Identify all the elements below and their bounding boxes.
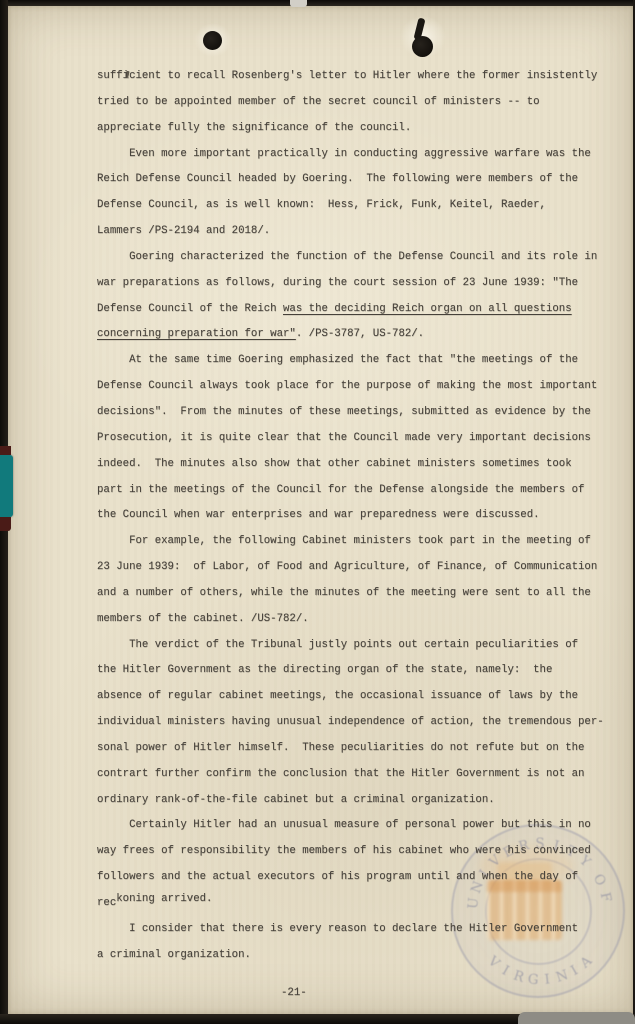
document-line: 23 June 1939: of Labor, of Food and Agri… [97,555,627,581]
text-segment: Defense Council, as is well known: Hess,… [97,199,546,211]
text-segment: part in the meetings of the Council for … [97,484,584,496]
watermark-letter: R [511,967,525,985]
text-segment: appreciate fully the significance of the… [97,122,411,134]
document-line: Defense Council, as is well known: Hess,… [97,193,627,219]
text-segment: war preparations as follows, during the … [97,277,578,289]
text-segment: For example, the following Cabinet minis… [97,535,591,547]
text-segment: I consider that there is every reason to… [97,923,578,935]
document-line: absence of regular cabinet meetings, the… [97,684,627,710]
text-segment: Defense Council always took place for th… [97,380,597,392]
document-line: tried to be appointed member of the secr… [97,90,627,116]
text-segment: Goering characterized the function of th… [97,251,597,263]
document-line: decisions". From the minutes of these me… [97,400,627,426]
document-line: ordinary rank-of-the-file cabinet but a … [97,788,627,814]
document-line: Certainly Hitler had an unusual measure … [97,813,627,839]
document-line: sonal power of Hitler himself. These pec… [97,736,627,762]
scan-edge-top [0,0,635,6]
document-line: part in the meetings of the Council for … [97,478,627,504]
scan-edge-notch [290,0,307,7]
document-line: I consider that there is every reason to… [97,917,627,943]
document-line: way frees of responsibility the members … [97,839,627,865]
text-segment: tried to be appointed member of the secr… [97,96,540,108]
document-line: Lammers /PS-2194 and 2018/. [97,219,627,245]
document-line: Reich Defense Council headed by Goering.… [97,167,627,193]
watermark-letter: N [554,967,568,985]
document-line: Goering characterized the function of th… [97,245,627,271]
text-segment: way frees of responsibility the members … [97,845,591,857]
text-segment: 23 June 1939: of Labor, of Food and Agri… [97,561,597,573]
teal-edge-mark [0,455,13,517]
document-line: The verdict of the Tribunal justly point… [97,633,627,659]
text-segment: koning arrived. [116,893,212,905]
text-segment: sufficient to recall Rosenberg's letter … [97,70,597,82]
document-line: individual ministers having unusual inde… [97,710,627,736]
text-segment: Reich Defense Council headed by Goering.… [97,173,578,185]
maroon-edge-mark-upper [0,446,11,455]
text-segment: followers and the actual executors of hi… [97,871,578,883]
document-line: followers and the actual executors of hi… [97,865,627,891]
text-segment: decisions". From the minutes of these me… [97,406,591,418]
document-line: At the same time Goering emphasized the … [97,348,627,374]
text-segment: individual ministers having unusual inde… [97,716,604,728]
maroon-edge-mark-lower [0,517,11,531]
document-line: reckoning arrived. [97,891,627,917]
document-line: war preparations as follows, during the … [97,271,627,297]
document-line: the Hitler Government as the directing o… [97,658,627,684]
scanned-document-page: UNIVERSITYOFVIRGINIA sufficient to recal… [0,0,635,1024]
watermark-letter: G [527,971,539,988]
underlined-text: was the deciding Reich organ on all ques… [283,303,572,315]
punch-hole-right [412,36,433,57]
document-line: indeed. The minutes also show that other… [97,452,627,478]
text-segment: a criminal organization. [97,949,251,961]
text-segment: and a number of others, while the minute… [97,587,591,599]
text-segment: Prosecution, it is quite clear that the … [97,432,591,444]
text-segment: Even more important practically in condu… [97,148,591,160]
document-line: Even more important practically in condu… [97,142,627,168]
text-segment: members of the cabinet. /US-782/. [97,613,309,625]
document-line: contrart further confirm the conclusion … [97,762,627,788]
typewritten-text-block: sufficient to recall Rosenberg's letter … [97,64,627,969]
watermark-letter: I [541,971,553,988]
text-segment: the Council when war enterprises and war… [97,509,540,521]
document-line: a criminal organization. [97,943,627,969]
text-segment: . /PS-3787, US-782/. [296,328,424,340]
document-line: concerning preparation for war". /PS-378… [97,322,627,348]
text-segment: The verdict of the Tribunal justly point… [97,639,578,651]
punch-hole-left [203,31,222,50]
text-segment: Defense Council of the Reich [97,303,283,315]
text-segment: At the same time Goering emphasized the … [97,354,578,366]
text-segment: rec [97,897,116,909]
document-line: Prosecution, it is quite clear that the … [97,426,627,452]
text-segment: ordinary rank-of-the-file cabinet but a … [97,794,495,806]
text-segment: absence of regular cabinet meetings, the… [97,690,578,702]
page-number: -21- [281,987,307,999]
document-line: the Council when war enterprises and war… [97,503,627,529]
scanner-bed-corner [518,1012,635,1024]
document-line: and a number of others, while the minute… [97,581,627,607]
text-segment: contrart further confirm the conclusion … [97,768,584,780]
document-line: appreciate fully the significance of the… [97,116,627,142]
text-segment: Certainly Hitler had an unusual measure … [97,819,591,831]
document-line: Defense Council always took place for th… [97,374,627,400]
document-line: sufficient to recall Rosenberg's letter … [97,64,627,90]
text-segment: sonal power of Hitler himself. These pec… [97,742,584,754]
document-line: For example, the following Cabinet minis… [97,529,627,555]
document-line: Defense Council of the Reich was the dec… [97,297,627,323]
text-segment: Lammers /PS-2194 and 2018/. [97,225,270,237]
text-segment: the Hitler Government as the directing o… [97,664,552,676]
text-segment: indeed. The minutes also show that other… [97,458,572,470]
document-line: members of the cabinet. /US-782/. [97,607,627,633]
underlined-text: concerning preparation for war" [97,328,296,340]
